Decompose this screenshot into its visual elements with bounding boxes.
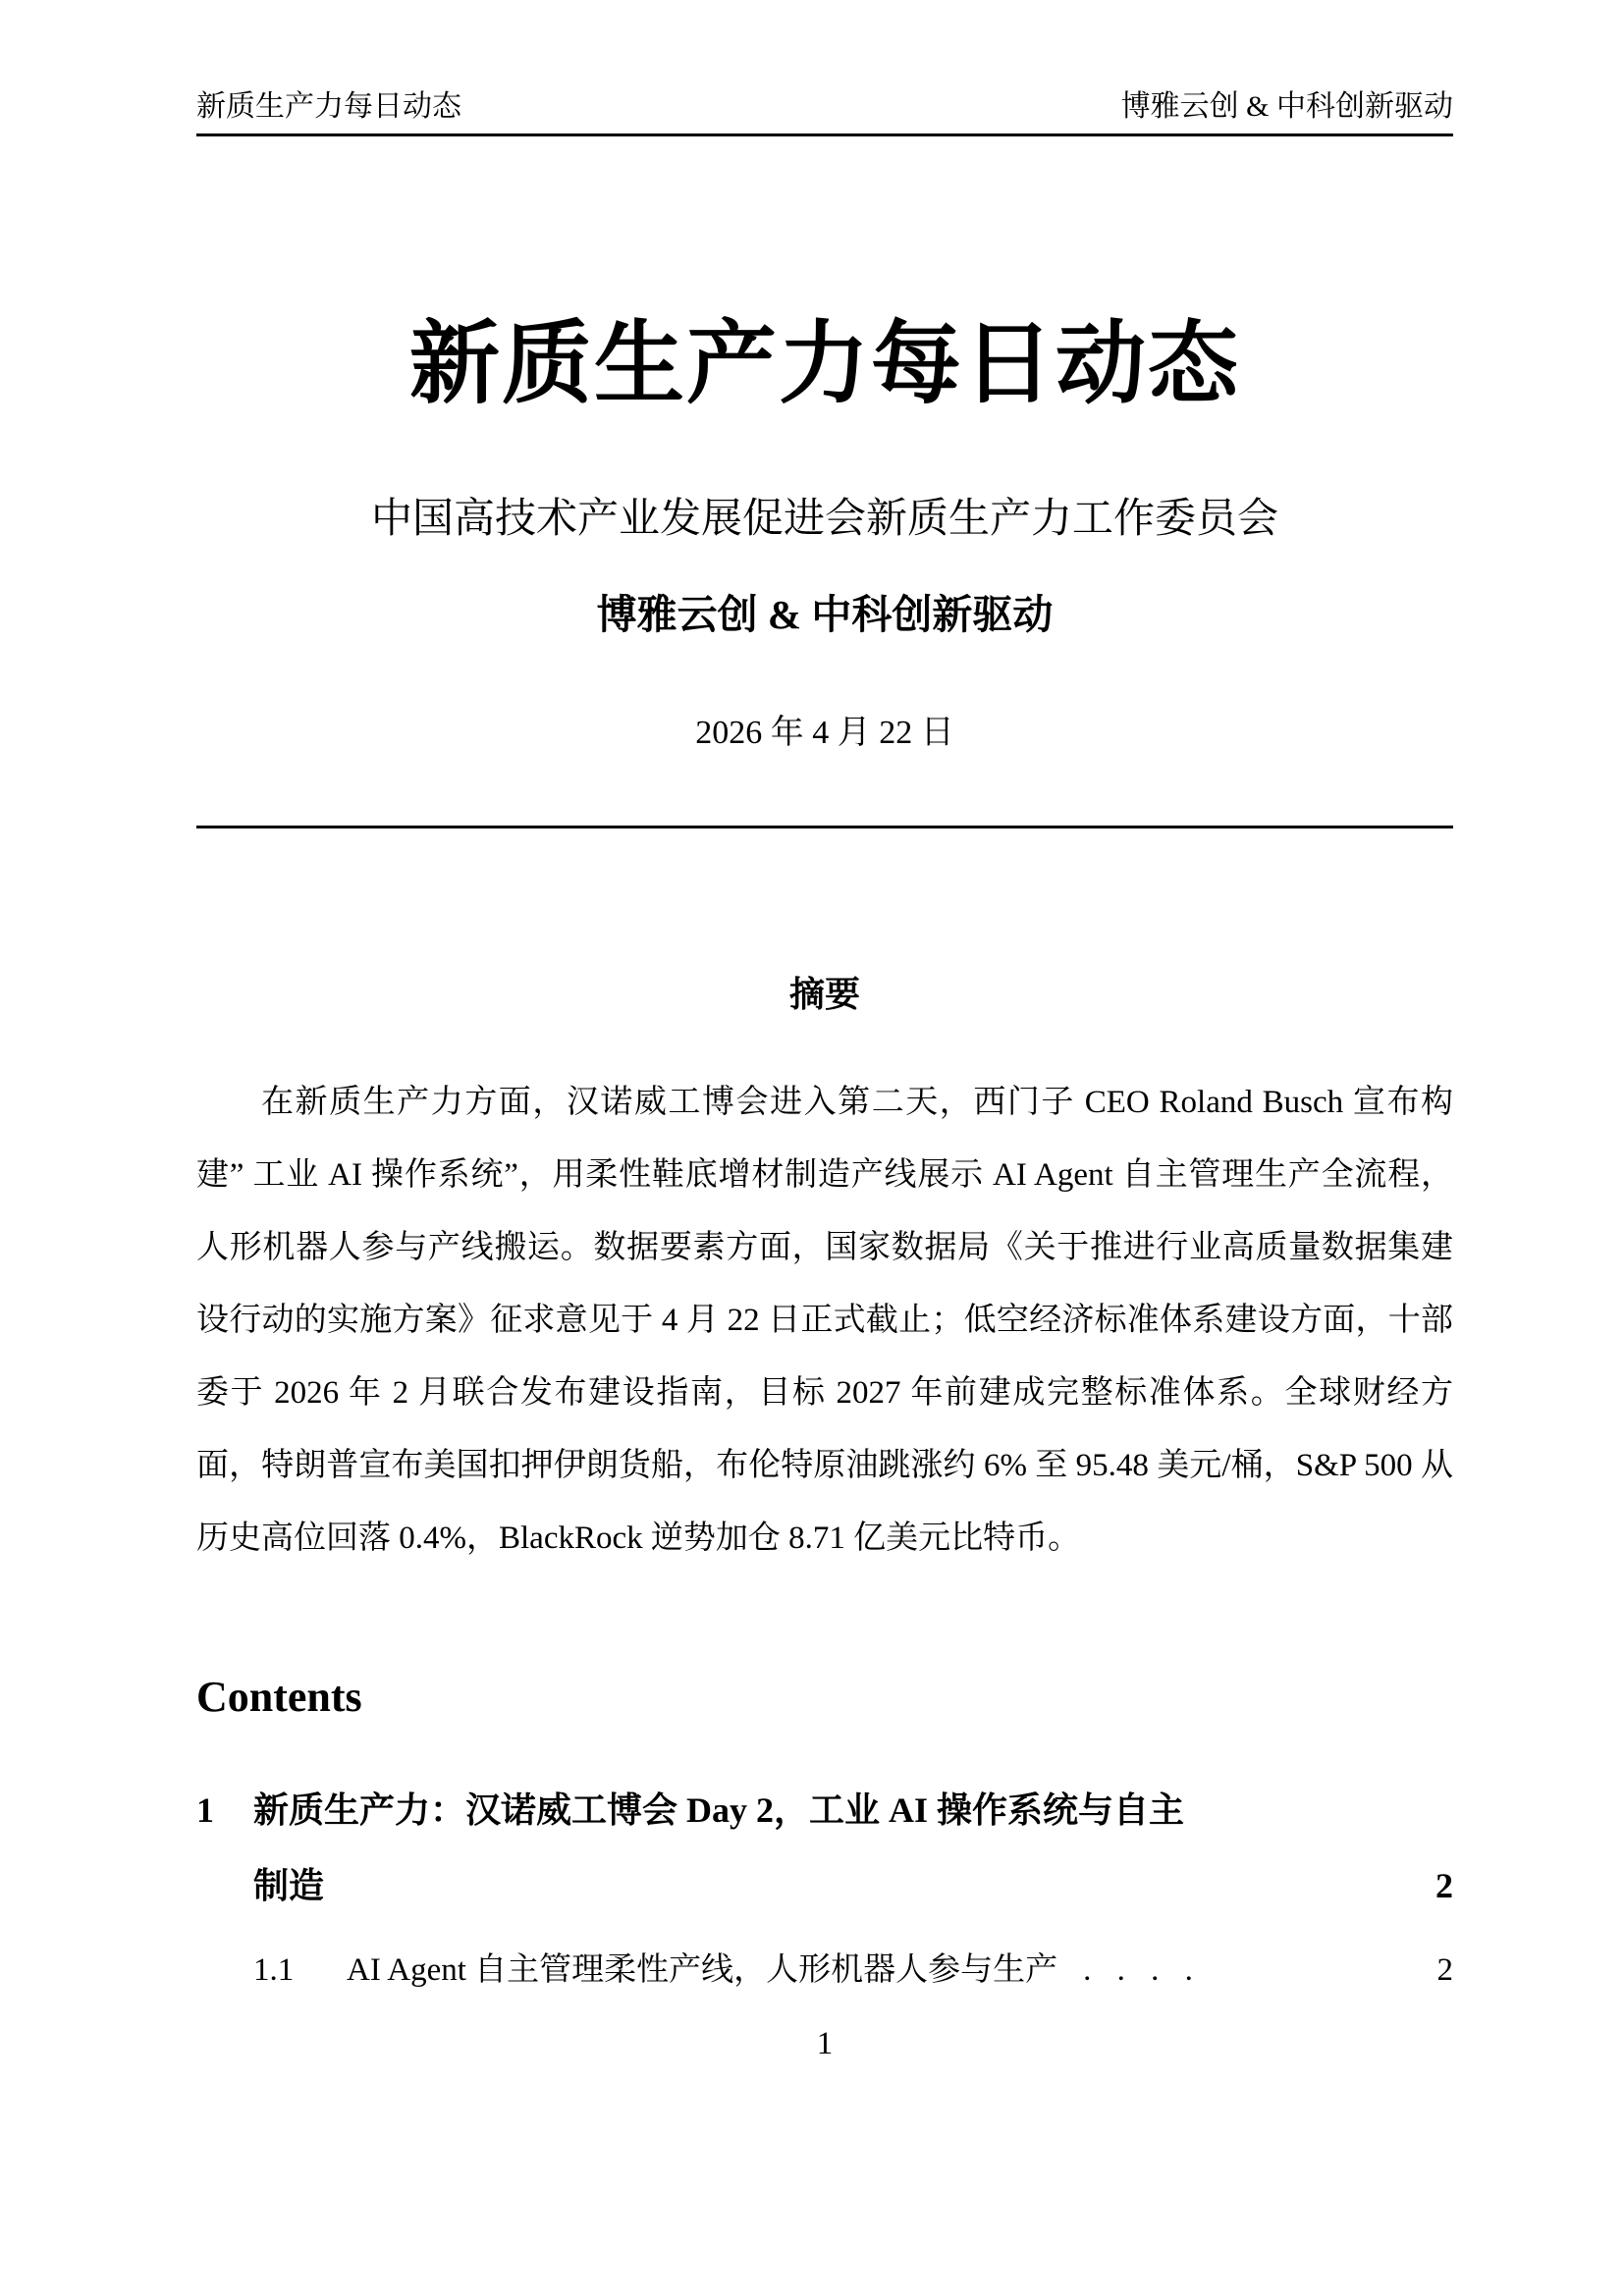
page-footer: 1: [196, 2024, 1453, 2063]
title-block: 新质生产力每日动态 中国高技术产业发展促进会新质生产力工作委员会 博雅云创 & …: [196, 313, 1453, 753]
page-number: 1: [817, 2026, 834, 2061]
toc-dot-leader: . . . .: [1083, 1946, 1202, 1995]
document-title: 新质生产力每日动态: [196, 313, 1453, 415]
toc-entry-section-1[interactable]: 1 新质生产力：汉诺威工博会 Day 2，工业 AI 操作系统与自主 制造 2: [196, 1773, 1453, 1924]
titleblock-rule: [196, 826, 1453, 828]
toc-section-title: 新质生产力：汉诺威工博会 Day 2，工业 AI 操作系统与自主 制造: [253, 1773, 1309, 1924]
abstract-heading: 摘要: [196, 974, 1453, 1015]
document-page: 新质生产力每日动态 博雅云创 & 中科创新驱动 新质生产力每日动态 中国高技术产…: [0, 0, 1624, 2296]
toc-section-page: 2: [1435, 1848, 1453, 1924]
toc-subsection-title: AI Agent 自主管理柔性产线，人形机器人参与生产: [347, 1946, 1057, 1995]
toc-section-number: 1: [196, 1773, 253, 1924]
document-date: 2026 年 4 月 22 日: [196, 714, 1453, 753]
toc-entry-subsection-1-1[interactable]: 1.1 AI Agent 自主管理柔性产线，人形机器人参与生产 . . . . …: [253, 1946, 1453, 1995]
header-rule: [196, 133, 1453, 136]
abstract-section: 摘要 在新质生产力方面，汉诺威工博会进入第二天，西门子 CEO Roland B…: [196, 974, 1453, 1575]
toc-section-title-line-1: 新质生产力：汉诺威工博会 Day 2，工业 AI 操作系统与自主: [253, 1790, 1184, 1830]
running-head-right: 博雅云创 & 中科创新驱动: [1121, 90, 1453, 124]
toc-section: Contents 1 新质生产力：汉诺威工博会 Day 2，工业 AI 操作系统…: [196, 1673, 1453, 1995]
document-subtitle: 中国高技术产业发展促进会新质生产力工作委员会: [196, 496, 1453, 543]
contents-heading: Contents: [196, 1673, 1453, 1722]
abstract-text: 在新质生产力方面，汉诺威工博会进入第二天，西门子 CEO Roland Busc…: [196, 1066, 1453, 1575]
running-head-left: 新质生产力每日动态: [196, 90, 461, 124]
running-head: 新质生产力每日动态 博雅云创 & 中科创新驱动: [196, 0, 1453, 124]
toc-section-title-line-2: 制造: [253, 1866, 324, 1905]
toc-subsection-page: 2: [1437, 1946, 1454, 1995]
document-authors: 博雅云创 & 中科创新驱动: [196, 590, 1453, 639]
toc-subsection-number: 1.1: [253, 1946, 347, 1995]
